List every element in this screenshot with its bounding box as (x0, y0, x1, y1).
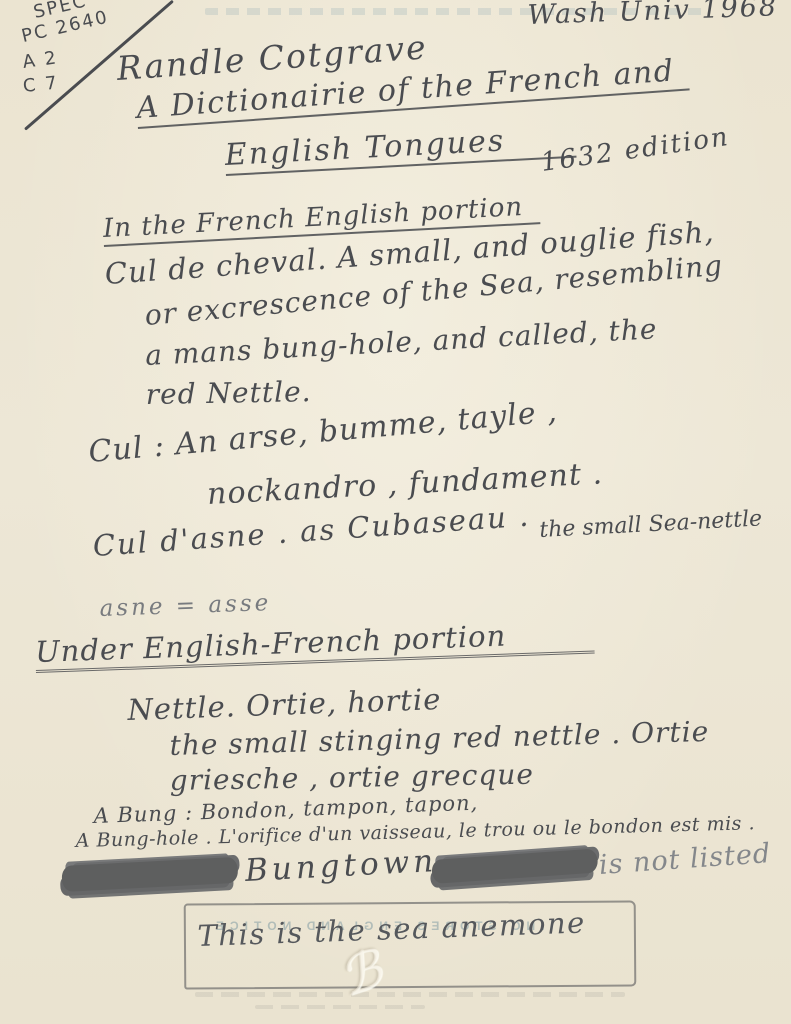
scribble-crossed-out-word-1 (61, 857, 238, 892)
entry-cul-dasne: Cul d'asne . as Cubaseau . (92, 502, 531, 561)
entry-cul-line-2: nockandro , fundament . (206, 459, 603, 510)
call-number-line-4: C 7 (22, 74, 59, 96)
entry-nettle-line-3: griesche , ortie grecque (170, 761, 535, 795)
scanned-note-page: SPEC PC 2640 A 2 C 7 Wash Univ 1968 Rand… (0, 0, 791, 1024)
entry-nettle-line-2: the small stinging red nettle . Ortie (169, 718, 709, 760)
scribble-crossed-out-word-2 (431, 848, 598, 884)
bleed-through-strip-bottom-1 (195, 992, 625, 997)
call-number-line-3: A 2 (21, 49, 59, 72)
word-bungtown: Bungtown (244, 846, 438, 887)
header-date: Wash Univ 1968 (527, 0, 778, 29)
entry-cul-dasne-note: the small Sea-nettle (539, 508, 763, 542)
not-listed-note: is not listed (598, 840, 772, 879)
entry-cul-de-cheval-line-4: red Nettle. (146, 378, 312, 409)
bleed-through-strip-bottom-2 (255, 1005, 425, 1009)
entry-nettle-line-1: Nettle. Ortie, hortie (127, 685, 442, 725)
section-heading-english-french: Under English-French portion (35, 619, 595, 673)
title-line-2: English Tongues (224, 123, 576, 176)
gloss-asne: asne = asse (99, 592, 271, 621)
